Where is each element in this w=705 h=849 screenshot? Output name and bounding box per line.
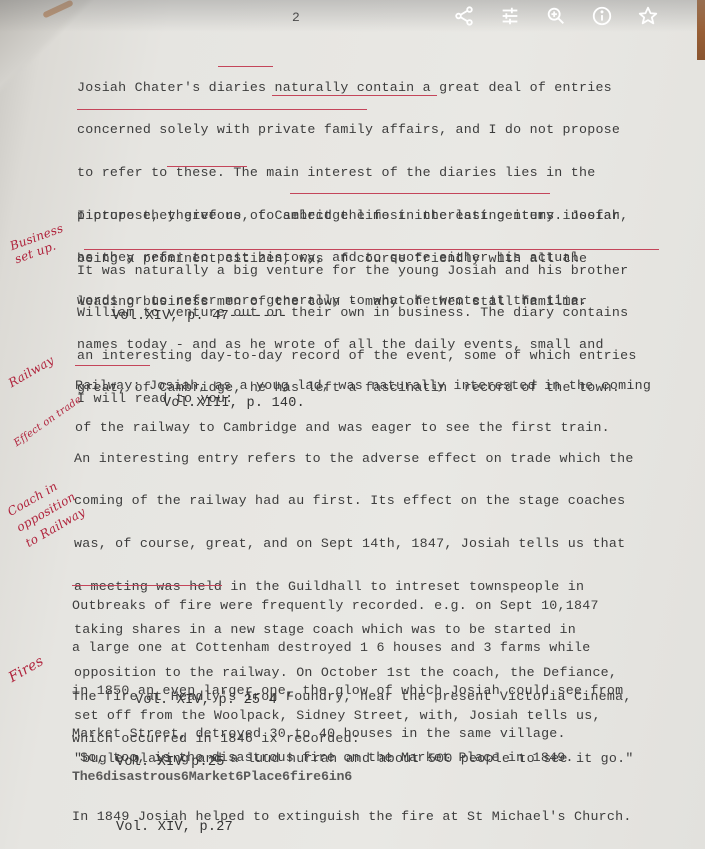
text-line: a large one at Cottenham destroyed 1 6 h…	[72, 641, 623, 655]
text-line: I propose, therefore, to select the most…	[77, 209, 620, 223]
favorite-button[interactable]	[632, 2, 664, 30]
volume-reference: Vol.XIII, p. 140.	[163, 396, 305, 411]
text-line: concerned solely with private family aff…	[77, 123, 628, 137]
ink-underline	[75, 365, 150, 366]
text-line: Josiah Chater's diaries naturally contai…	[77, 81, 628, 95]
margin-note-railway: Railway	[6, 353, 56, 390]
star-icon	[637, 5, 659, 27]
edit-button[interactable]	[494, 2, 526, 30]
margin-note-business: Business set up.	[8, 219, 74, 266]
text-line: Outbreaks of fire were frequently record…	[72, 599, 623, 613]
ink-underline	[167, 166, 247, 167]
ink-underline	[272, 95, 437, 96]
margin-note-fires: Fires	[6, 653, 47, 686]
adjust-icon	[499, 5, 521, 27]
ink-underline	[77, 109, 367, 110]
ink-underline	[84, 249, 659, 250]
share-icon	[453, 5, 475, 27]
text-line: coming of the railway had au first. Its …	[74, 494, 634, 508]
document-page: 2 Josiah Chater's diaries naturally cont…	[0, 0, 705, 849]
text-line: was, of course, great, and on Sept 14th,…	[74, 537, 634, 551]
text-line: to refer to these. The main interest of …	[77, 166, 628, 180]
volume-reference: Vol. XIV, p. 25 4	[135, 693, 277, 708]
volume-reference: Vol.XIV, p. 47-------	[112, 309, 287, 324]
text-line: An interesting entry refers to the adver…	[74, 452, 634, 466]
volume-reference: Vol. XIV, p.27	[116, 820, 233, 835]
ink-underline	[72, 585, 222, 586]
info-button[interactable]	[586, 2, 618, 30]
viewer-actions	[448, 2, 664, 30]
text-line: It was naturally a big venture for the y…	[77, 264, 637, 278]
volume-reference: Vol. XIV p.25	[116, 755, 225, 770]
info-icon	[591, 5, 613, 27]
ink-underline	[290, 193, 550, 194]
margin-note-trade: Effect on trade	[12, 394, 84, 449]
paragraph-church-fire: In 1849 Josiah helped to extinguish the …	[72, 781, 632, 849]
text-line: Railway: Josiah, as a youg lad, was natu…	[75, 379, 651, 393]
zoom-button[interactable]	[540, 2, 572, 30]
share-button[interactable]	[448, 2, 480, 30]
ink-underline	[218, 66, 273, 67]
zoom-in-icon	[545, 5, 567, 27]
